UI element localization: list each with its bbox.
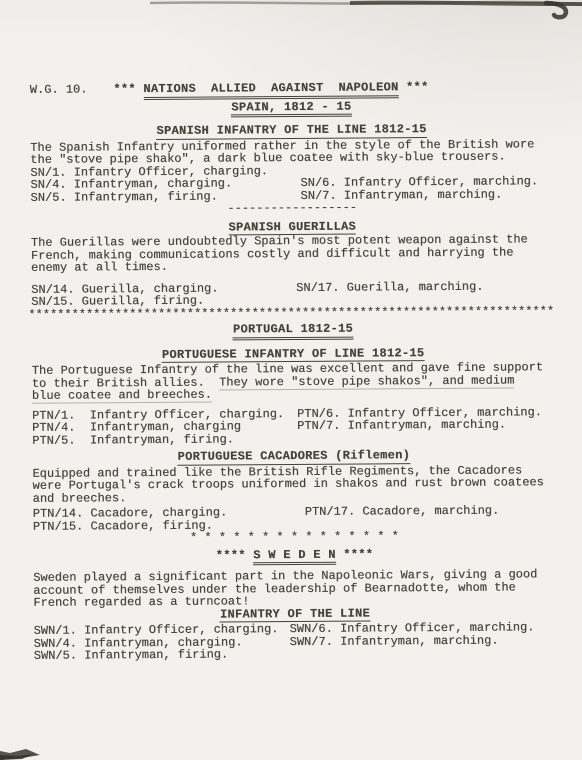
heading-sweden: **** S W E D E N **** <box>33 547 556 563</box>
star-divider-full: ****************************************… <box>28 305 554 321</box>
heading-spanish-infantry: SPANISH INFANTRY OF THE LINE 1812-15 <box>30 122 553 138</box>
document-content: W.G. 10. *** NATIONS ALLIED AGAINST NAPO… <box>0 0 582 663</box>
document-header: W.G. 10. *** NATIONS ALLIED AGAINST NAPO… <box>30 80 553 96</box>
page-title: *** NATIONS ALLIED AGAINST NAPOLEON *** <box>113 81 428 96</box>
sweden-title-text: S W E D E N <box>253 547 336 565</box>
guerillas-paragraph: The Guerillas were undoubtedly Spain's m… <box>31 233 554 274</box>
catalog-row: SWN/5. Infantryman, firing. <box>34 646 557 662</box>
sweden-stars-left: **** <box>216 548 254 562</box>
pencil-underlined-text: They wore "stove pipe shakos", and mediu… <box>219 373 514 390</box>
heading-portuguese-infantry: PORTUGUESE INFANTRY OF LINE 1812-15 <box>32 346 555 362</box>
cacadores-catalog: PTN/14. Cacadore, charging.PTN/17. Cacad… <box>33 504 556 533</box>
catalog-row: PTN/5. Infantryman, firing. <box>32 431 555 447</box>
title-text: NATIONS ALLIED AGAINST NAPOLEON <box>143 80 398 99</box>
guerillas-catalog: SN/14. Guerilla, charging.SN/17. Guerill… <box>31 280 554 309</box>
spanish-infantry-catalog: SN/1. Infantry Officer, charging. SN/4. … <box>30 163 553 204</box>
heading-portugal: PORTUGAL 1812-15 <box>31 321 554 337</box>
scan-artifact-bottom-left-corner <box>0 746 44 760</box>
sweden-stars-right: **** <box>336 547 374 561</box>
heading-cacadores: PORTUGUESE CACADORES (Riflemen) <box>32 448 555 464</box>
scanned-document-page: W.G. 10. *** NATIONS ALLIED AGAINST NAPO… <box>0 0 582 760</box>
heading-spain: SPAIN, 1812 - 15 <box>30 99 553 115</box>
portuguese-infantry-paragraph: The Portuguese Infantry of the line was … <box>32 361 555 402</box>
doc-ref: W.G. 10. <box>30 83 88 96</box>
title-stars-right: *** <box>406 80 429 94</box>
swedish-infantry-catalog: SWN/1. Infantry Officer, charging.SWN/6.… <box>34 621 557 662</box>
title-stars-left: *** <box>113 82 136 96</box>
portuguese-infantry-catalog: PTN/1. Infantry Officer, charging.PTN/6.… <box>32 406 555 447</box>
pencil-underlined-text: blue coatee and breeches. <box>32 388 212 404</box>
cacadores-paragraph: Equipped and trained like the British Ri… <box>32 464 555 505</box>
sweden-paragraph: Sweden played a significant part in the … <box>33 568 556 609</box>
spanish-infantry-paragraph: The Spanish Infantry uniformed rather in… <box>30 138 553 167</box>
